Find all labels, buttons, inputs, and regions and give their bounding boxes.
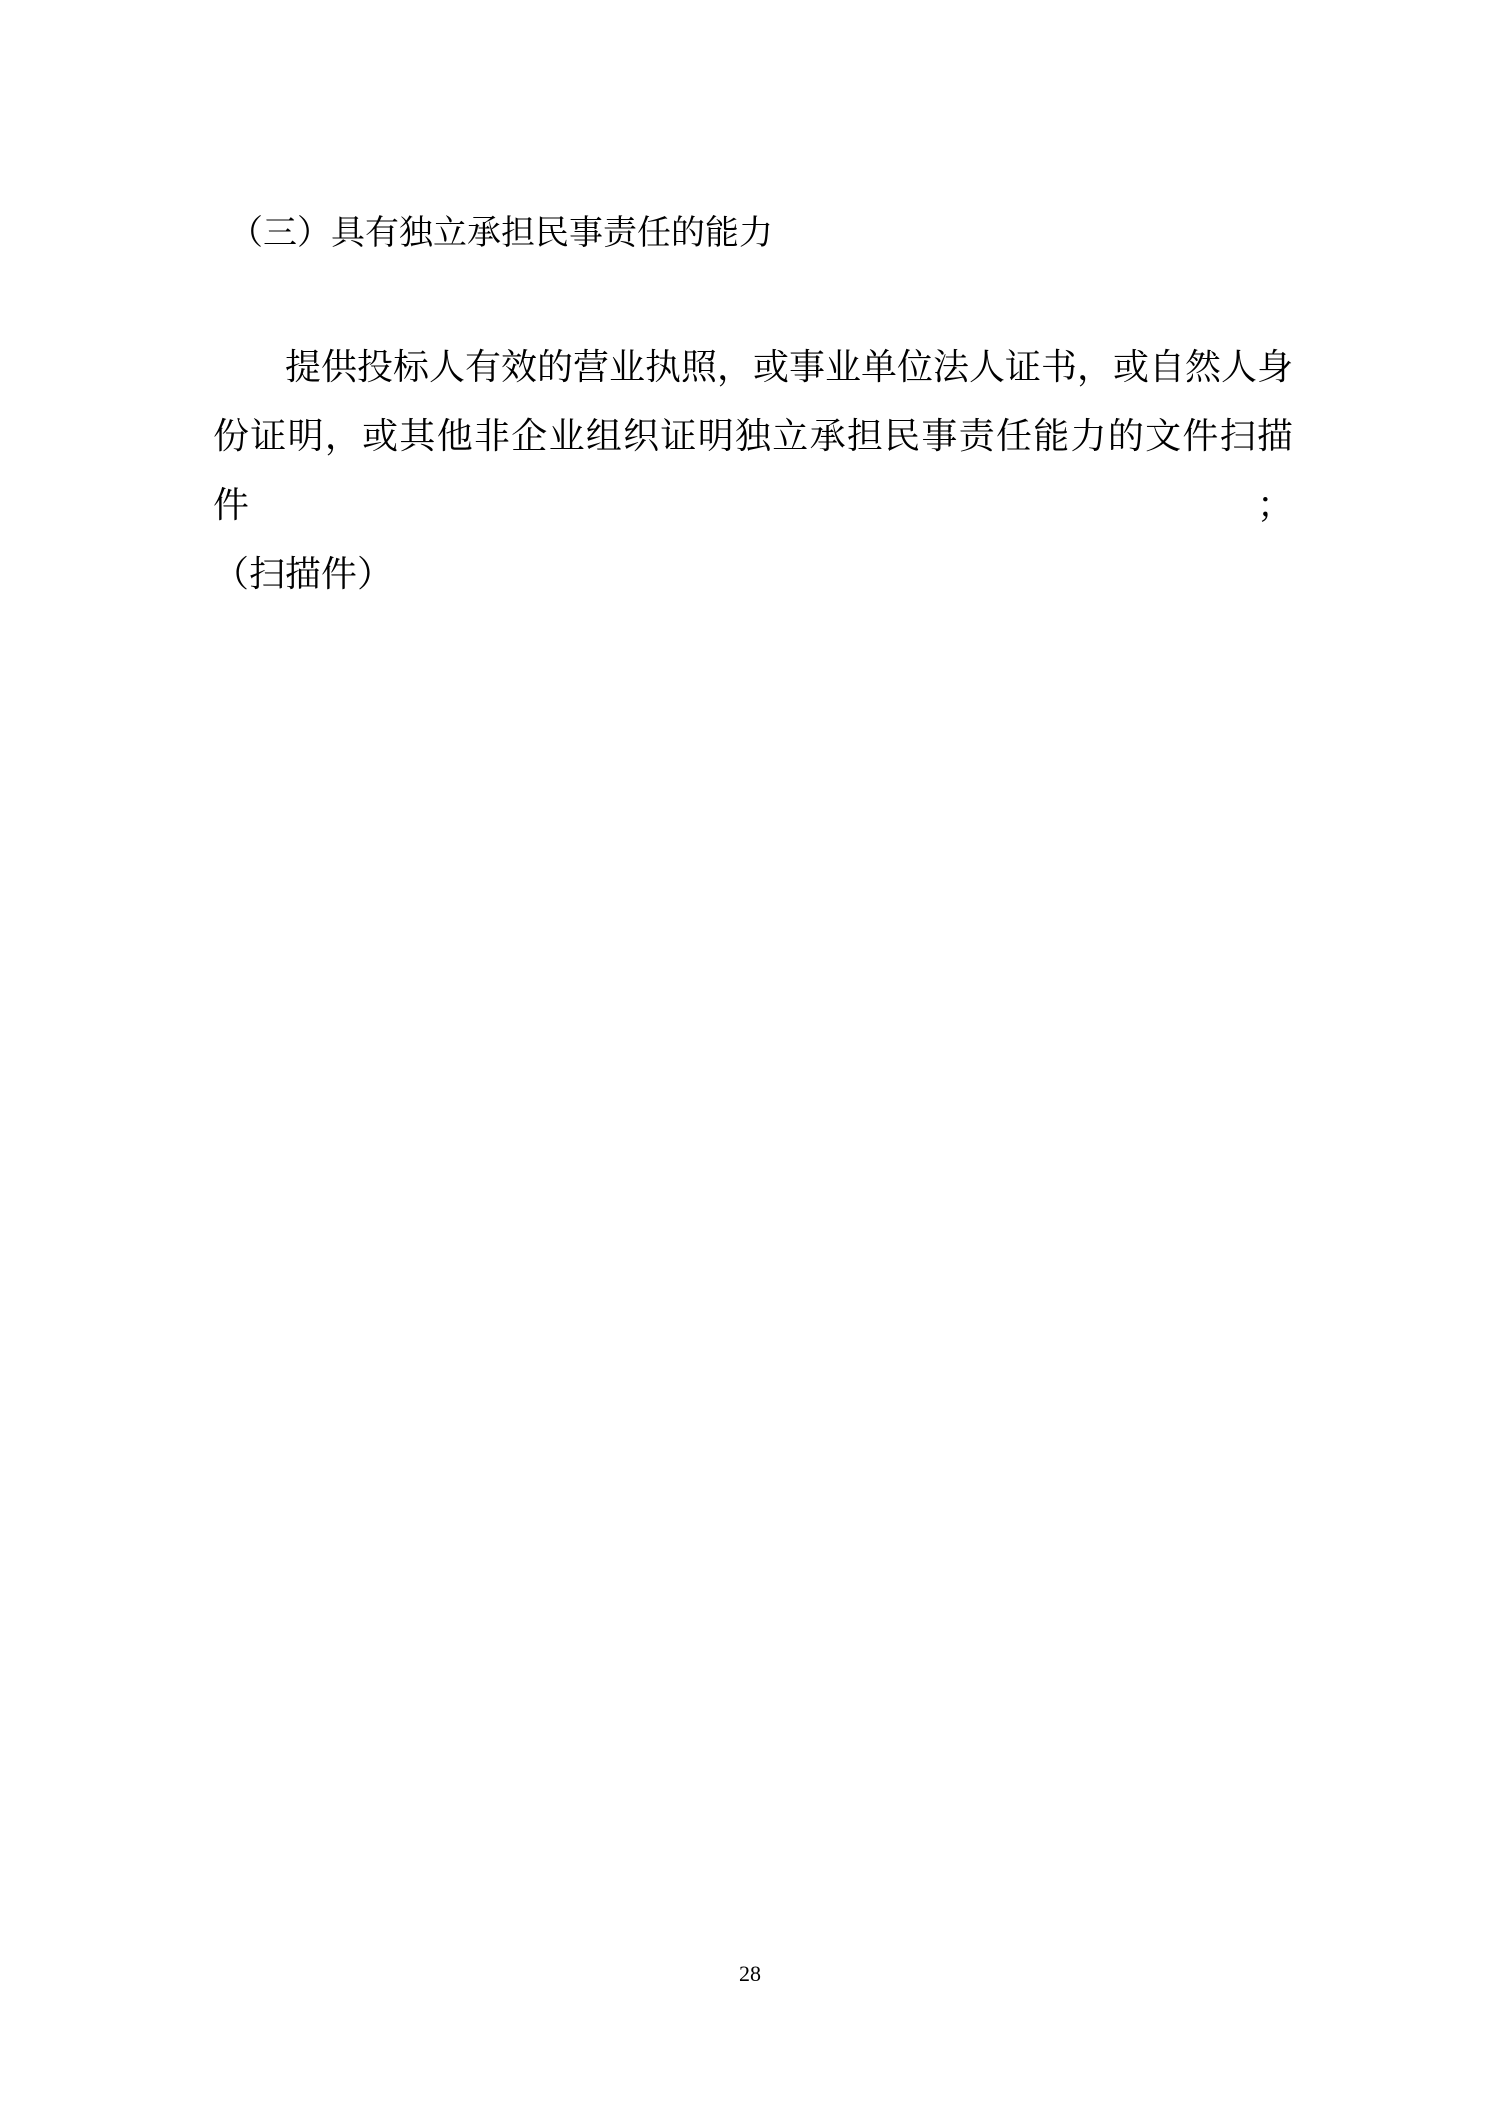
paragraph-line-3: （扫描件） <box>213 540 1293 609</box>
section-heading: （三）具有独立承担民事责任的能力 <box>229 216 773 252</box>
paragraph-line-2: 份证明，或其他非企业组织证明独立承担民事责任能力的文件扫描件； <box>213 402 1293 540</box>
paragraph-line-1: 提供投标人有效的营业执照，或事业单位法人证书，或自然人身 <box>213 333 1293 402</box>
document-page: （三）具有独立承担民事责任的能力 提供投标人有效的营业执照，或事业单位法人证书，… <box>0 0 1500 2121</box>
paragraph: 提供投标人有效的营业执照，或事业单位法人证书，或自然人身 份证明，或其他非企业组… <box>213 333 1293 609</box>
page-number: 28 <box>0 1962 1500 1986</box>
